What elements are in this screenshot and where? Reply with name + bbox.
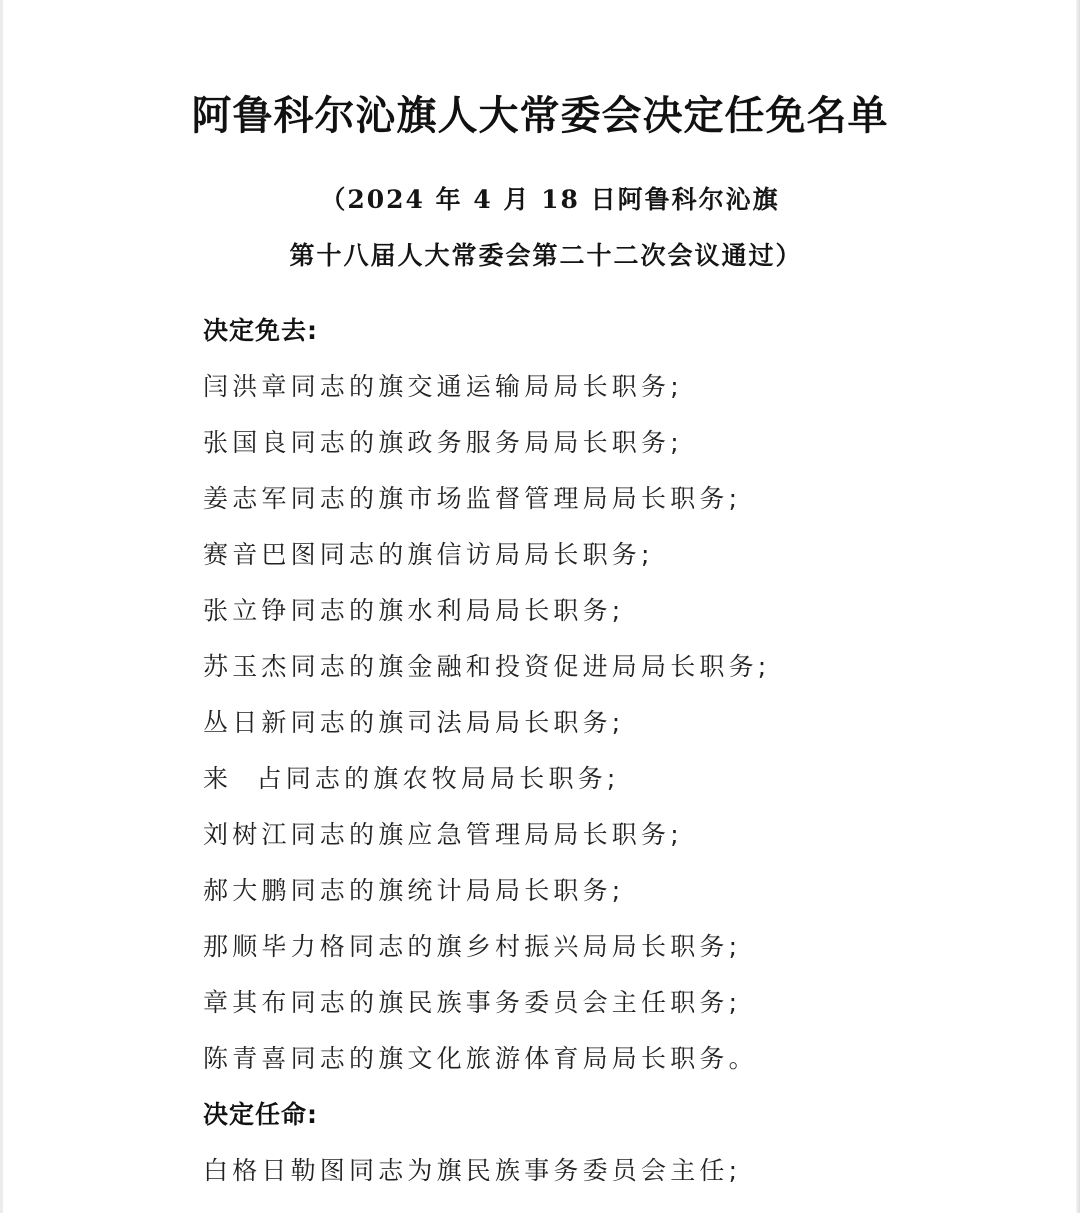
document-body: 决定免去: 闫洪章同志的旗交通运输局局长职务; 张国良同志的旗政务服务局局长职务… xyxy=(203,306,1063,1202)
dismissal-item: 来 占同志的旗农牧局局长职务; xyxy=(203,754,1063,810)
dismissal-item: 赛音巴图同志的旗信访局局长职务; xyxy=(203,530,1063,586)
dismissal-item: 章其布同志的旗民族事务委员会主任职务; xyxy=(203,978,1063,1034)
document-title: 阿鲁科尔沁旗人大常委会决定任免名单 xyxy=(0,86,1080,146)
dismissal-item: 陈青喜同志的旗文化旅游体育局局长职务。 xyxy=(203,1034,1063,1090)
document-subtitle-line1: （2024 年 4 月 18 日阿鲁科尔沁旗 xyxy=(10,180,1080,220)
dismissal-item: 那顺毕力格同志的旗乡村振兴局局长职务; xyxy=(203,922,1063,978)
dismissal-item: 刘树江同志的旗应急管理局局长职务; xyxy=(203,810,1063,866)
dismissal-item: 张国良同志的旗政务服务局局长职务; xyxy=(203,418,1063,474)
document-page: 阿鲁科尔沁旗人大常委会决定任免名单 （2024 年 4 月 18 日阿鲁科尔沁旗… xyxy=(0,0,1080,1213)
dismissal-item: 丛日新同志的旗司法局局长职务; xyxy=(203,698,1063,754)
section-heading-dismiss: 决定免去: xyxy=(203,306,1063,362)
document-subtitle-line2: 第十八届人大常委会第二十二次会议通过） xyxy=(6,236,1080,276)
dismissal-item: 姜志军同志的旗市场监督管理局局长职务; xyxy=(203,474,1063,530)
dismissal-item: 闫洪章同志的旗交通运输局局长职务; xyxy=(203,362,1063,418)
section-heading-appoint: 决定任命: xyxy=(203,1090,1063,1146)
dismissal-item: 张立铮同志的旗水利局局长职务; xyxy=(203,586,1063,642)
appointment-item: 白格日勒图同志为旗民族事务委员会主任; xyxy=(203,1146,1063,1202)
dismissal-item: 苏玉杰同志的旗金融和投资促进局局长职务; xyxy=(203,642,1063,698)
dismissal-item: 郝大鹏同志的旗统计局局长职务; xyxy=(203,866,1063,922)
